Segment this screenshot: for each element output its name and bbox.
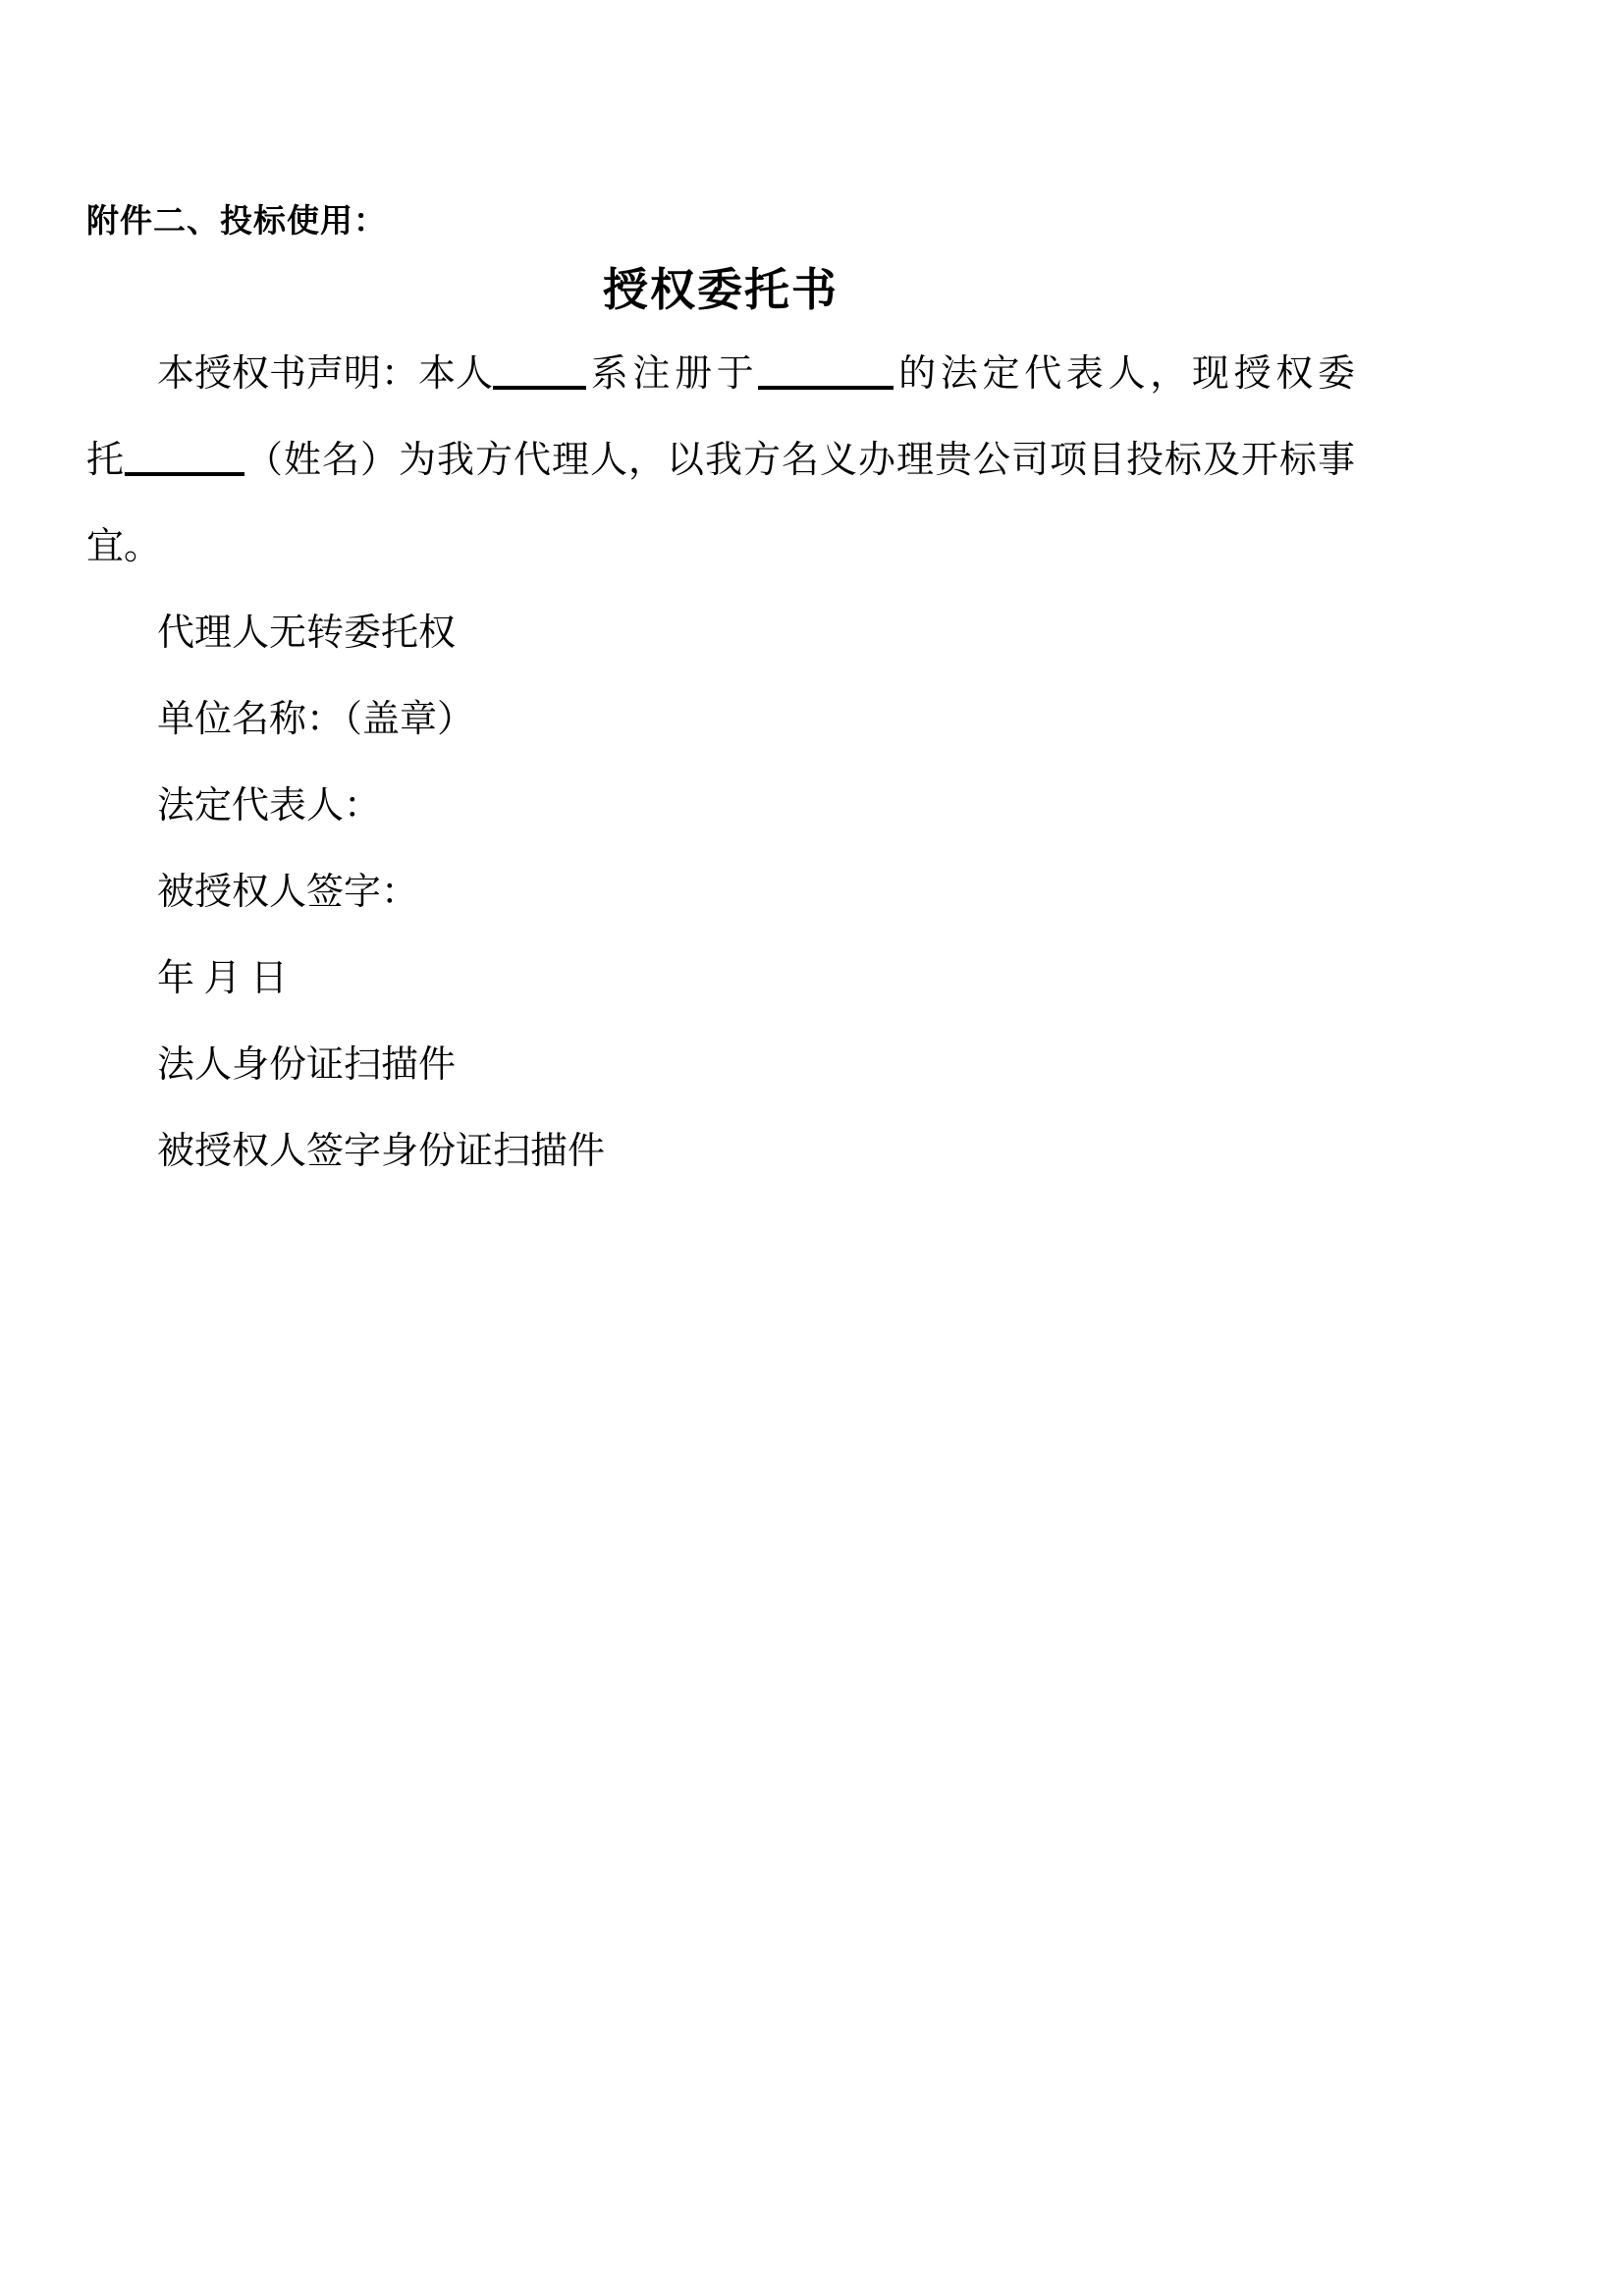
document-title: 授权委托书 <box>86 261 1355 320</box>
clause-authorized-signature: 被授权人签字： <box>86 849 1355 935</box>
clause-text: 被授权人签字身份证扫描件 <box>157 1131 605 1172</box>
clause-text: 单位名称：（盖章） <box>157 699 474 740</box>
attachment-note: 附件二、投标使用： <box>86 199 1355 244</box>
clause-legal-id-scan: 法人身份证扫描件 <box>86 1022 1355 1108</box>
clause-company-name-seal: 单位名称：（盖章） <box>86 676 1355 763</box>
declaration-line-1-text-3: 的法定代表人，现授权委 <box>893 353 1355 395</box>
clause-authorized-id-scan: 被授权人签字身份证扫描件 <box>86 1108 1355 1195</box>
clause-no-subdelegation: 代理人无转委托权 <box>86 590 1355 676</box>
blank-registration-place <box>758 362 893 390</box>
blank-agent-name <box>125 449 244 476</box>
clause-text: 法人身份证扫描件 <box>157 1044 456 1086</box>
declaration-line-1-text-2: 系注册于 <box>586 353 758 395</box>
clause-text: 法定代表人： <box>157 785 381 827</box>
document-body: 本授权书声明：本人系注册于的法定代表人，现授权委 托（姓名）为我方代理人，以我方… <box>86 331 1355 1195</box>
declaration-line-3-text: 宜。 <box>86 526 161 567</box>
clause-text: 代理人无转委托权 <box>157 613 456 654</box>
clause-text: 年 月 日 <box>157 958 288 999</box>
clause-text: 被授权人签字： <box>157 872 418 913</box>
declaration-line-3: 宜。 <box>86 504 1355 590</box>
clause-legal-representative: 法定代表人： <box>86 763 1355 849</box>
blank-principal-name <box>493 362 586 390</box>
declaration-line-2-text-2: （姓名）为我方代理人，以我方名义办理贵公司项目投标及开标事 <box>244 440 1355 481</box>
document-page: 附件二、投标使用： 授权委托书 本授权书声明：本人系注册于的法定代表人，现授权委… <box>0 0 1624 2296</box>
declaration-line-2: 托（姓名）为我方代理人，以我方名义办理贵公司项目投标及开标事 <box>86 417 1355 504</box>
declaration-line-1: 本授权书声明：本人系注册于的法定代表人，现授权委 <box>86 331 1355 417</box>
clause-date: 年 月 日 <box>86 935 1355 1022</box>
document-content: 附件二、投标使用： 授权委托书 本授权书声明：本人系注册于的法定代表人，现授权委… <box>86 199 1355 1195</box>
declaration-line-1-text-1: 本授权书声明：本人 <box>86 331 493 417</box>
declaration-line-2-text-1: 托 <box>86 440 125 481</box>
